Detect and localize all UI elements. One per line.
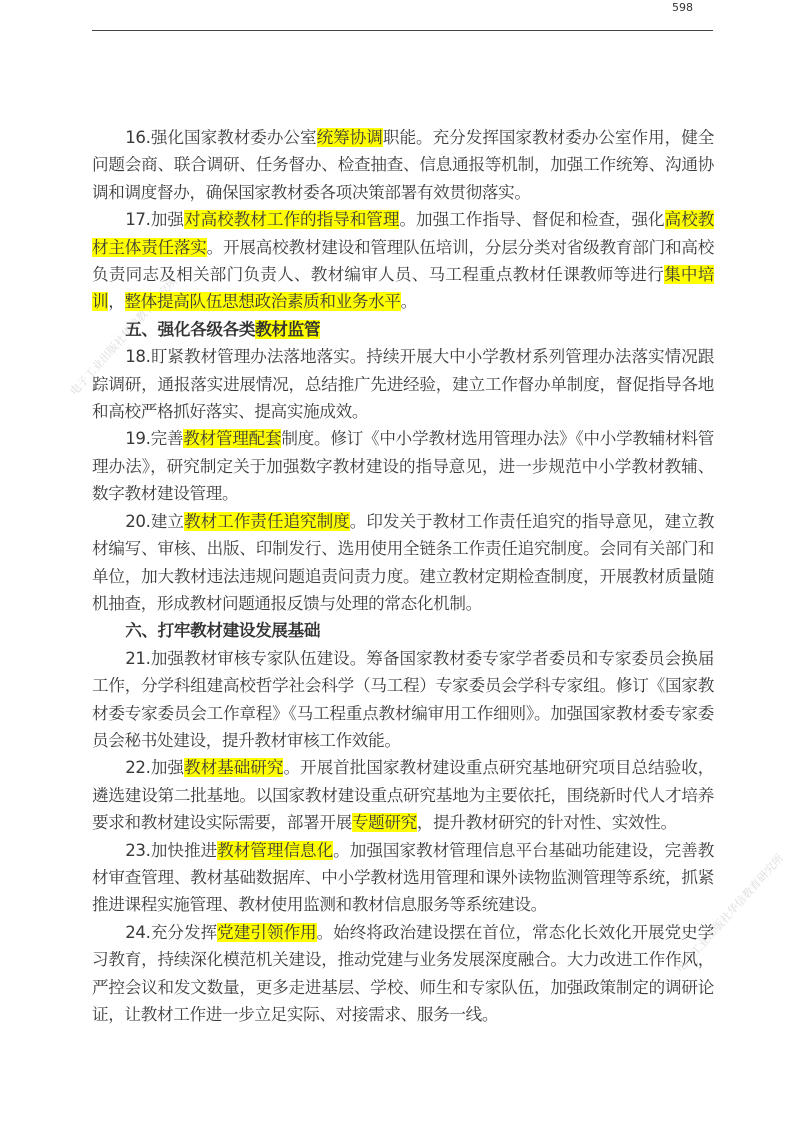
section-heading: 六、打牢教材建设发展基础 [92, 617, 714, 644]
text-segment: 23.加快推进 [125, 841, 217, 860]
paragraph: 24.充分发挥党建引领作用。始终将政治建设摆在首位，常态化长效化开展党史学习教育… [92, 919, 714, 1029]
highlighted-text: 教材基础研究 [184, 758, 283, 777]
paragraph: 16.强化国家教材委办公室统筹协调职能。充分发挥国家教材委办公室作用，健全问题会… [92, 124, 714, 206]
paragraph: 20.建立教材工作责任追究制度。印发关于教材工作责任追究的指导意见，建立教材编写… [92, 508, 714, 618]
text-segment: 24.充分发挥 [125, 923, 217, 942]
text-segment: 五、强化各级各类 [125, 320, 255, 339]
paragraph: 22.加强教材基础研究。开展首批国家教材建设重点研究基地研究项目总结验收，遴选建… [92, 754, 714, 836]
highlighted-text: 教材工作责任追究制度 [184, 512, 350, 531]
highlighted-text: 党建引领作用 [217, 923, 316, 942]
paragraph: 21.加强教材审核专家队伍建设。筹备国家教材委专家学者委员和专家委员会换届工作，… [92, 645, 714, 755]
text-segment: 20.建立 [125, 512, 184, 531]
highlighted-text: 教材管理配套 [183, 429, 281, 448]
paragraph: 17.加强对高校教材工作的指导和管理。加强工作指导、督促和检查，强化高校教材主体… [92, 206, 714, 316]
text-segment: 21.加强教材审核专家队伍建设。筹备国家教材委专家学者委员和专家委员会换届工作，… [92, 649, 714, 750]
text-segment: 16.强化国家教材委办公室 [125, 128, 316, 147]
text-segment: 19.完善 [125, 429, 183, 448]
section-heading: 五、强化各级各类教材监管 [92, 316, 714, 343]
document-body: 16.强化国家教材委办公室统筹协调职能。充分发挥国家教材委办公室作用，健全问题会… [92, 124, 714, 1028]
header-rule [92, 30, 713, 31]
highlighted-text: 整体提高队伍思想政治素质和业务水平 [125, 292, 401, 311]
text-segment: ，提升教材研究的针对性、实效性。 [417, 813, 677, 832]
highlighted-text: 对高校教材工作的指导和管理 [184, 210, 399, 229]
text-segment: 22.加强 [125, 758, 184, 777]
highlighted-text: 统筹协调 [317, 128, 383, 147]
paragraph: 19.完善教材管理配套制度。修订《中小学教材选用管理办法》《中小学教辅材料管理办… [92, 425, 714, 507]
text-segment: 。 [401, 292, 417, 311]
paragraph: 18.盯紧教材管理办法落地落实。持续开展大中小学教材系列管理办法落实情况跟踪调研… [92, 343, 714, 425]
highlighted-text: 专题研究 [352, 813, 417, 832]
text-segment: 六、打牢教材建设发展基础 [125, 621, 320, 640]
text-segment: ， [108, 292, 124, 311]
text-segment: 17.加强 [125, 210, 184, 229]
highlighted-text: 教材管理信息化 [217, 841, 333, 860]
highlighted-text: 教材监管 [255, 320, 320, 339]
text-segment: 18.盯紧教材管理办法落地落实。持续开展大中小学教材系列管理办法落实情况跟踪调研… [92, 347, 714, 421]
paragraph: 23.加快推进教材管理信息化。加强国家教材管理信息平台基础功能建设，完善教材审查… [92, 837, 714, 919]
text-segment: 。加强工作指导、督促和检查，强化 [399, 210, 664, 229]
page-number: 598 [672, 1, 693, 14]
